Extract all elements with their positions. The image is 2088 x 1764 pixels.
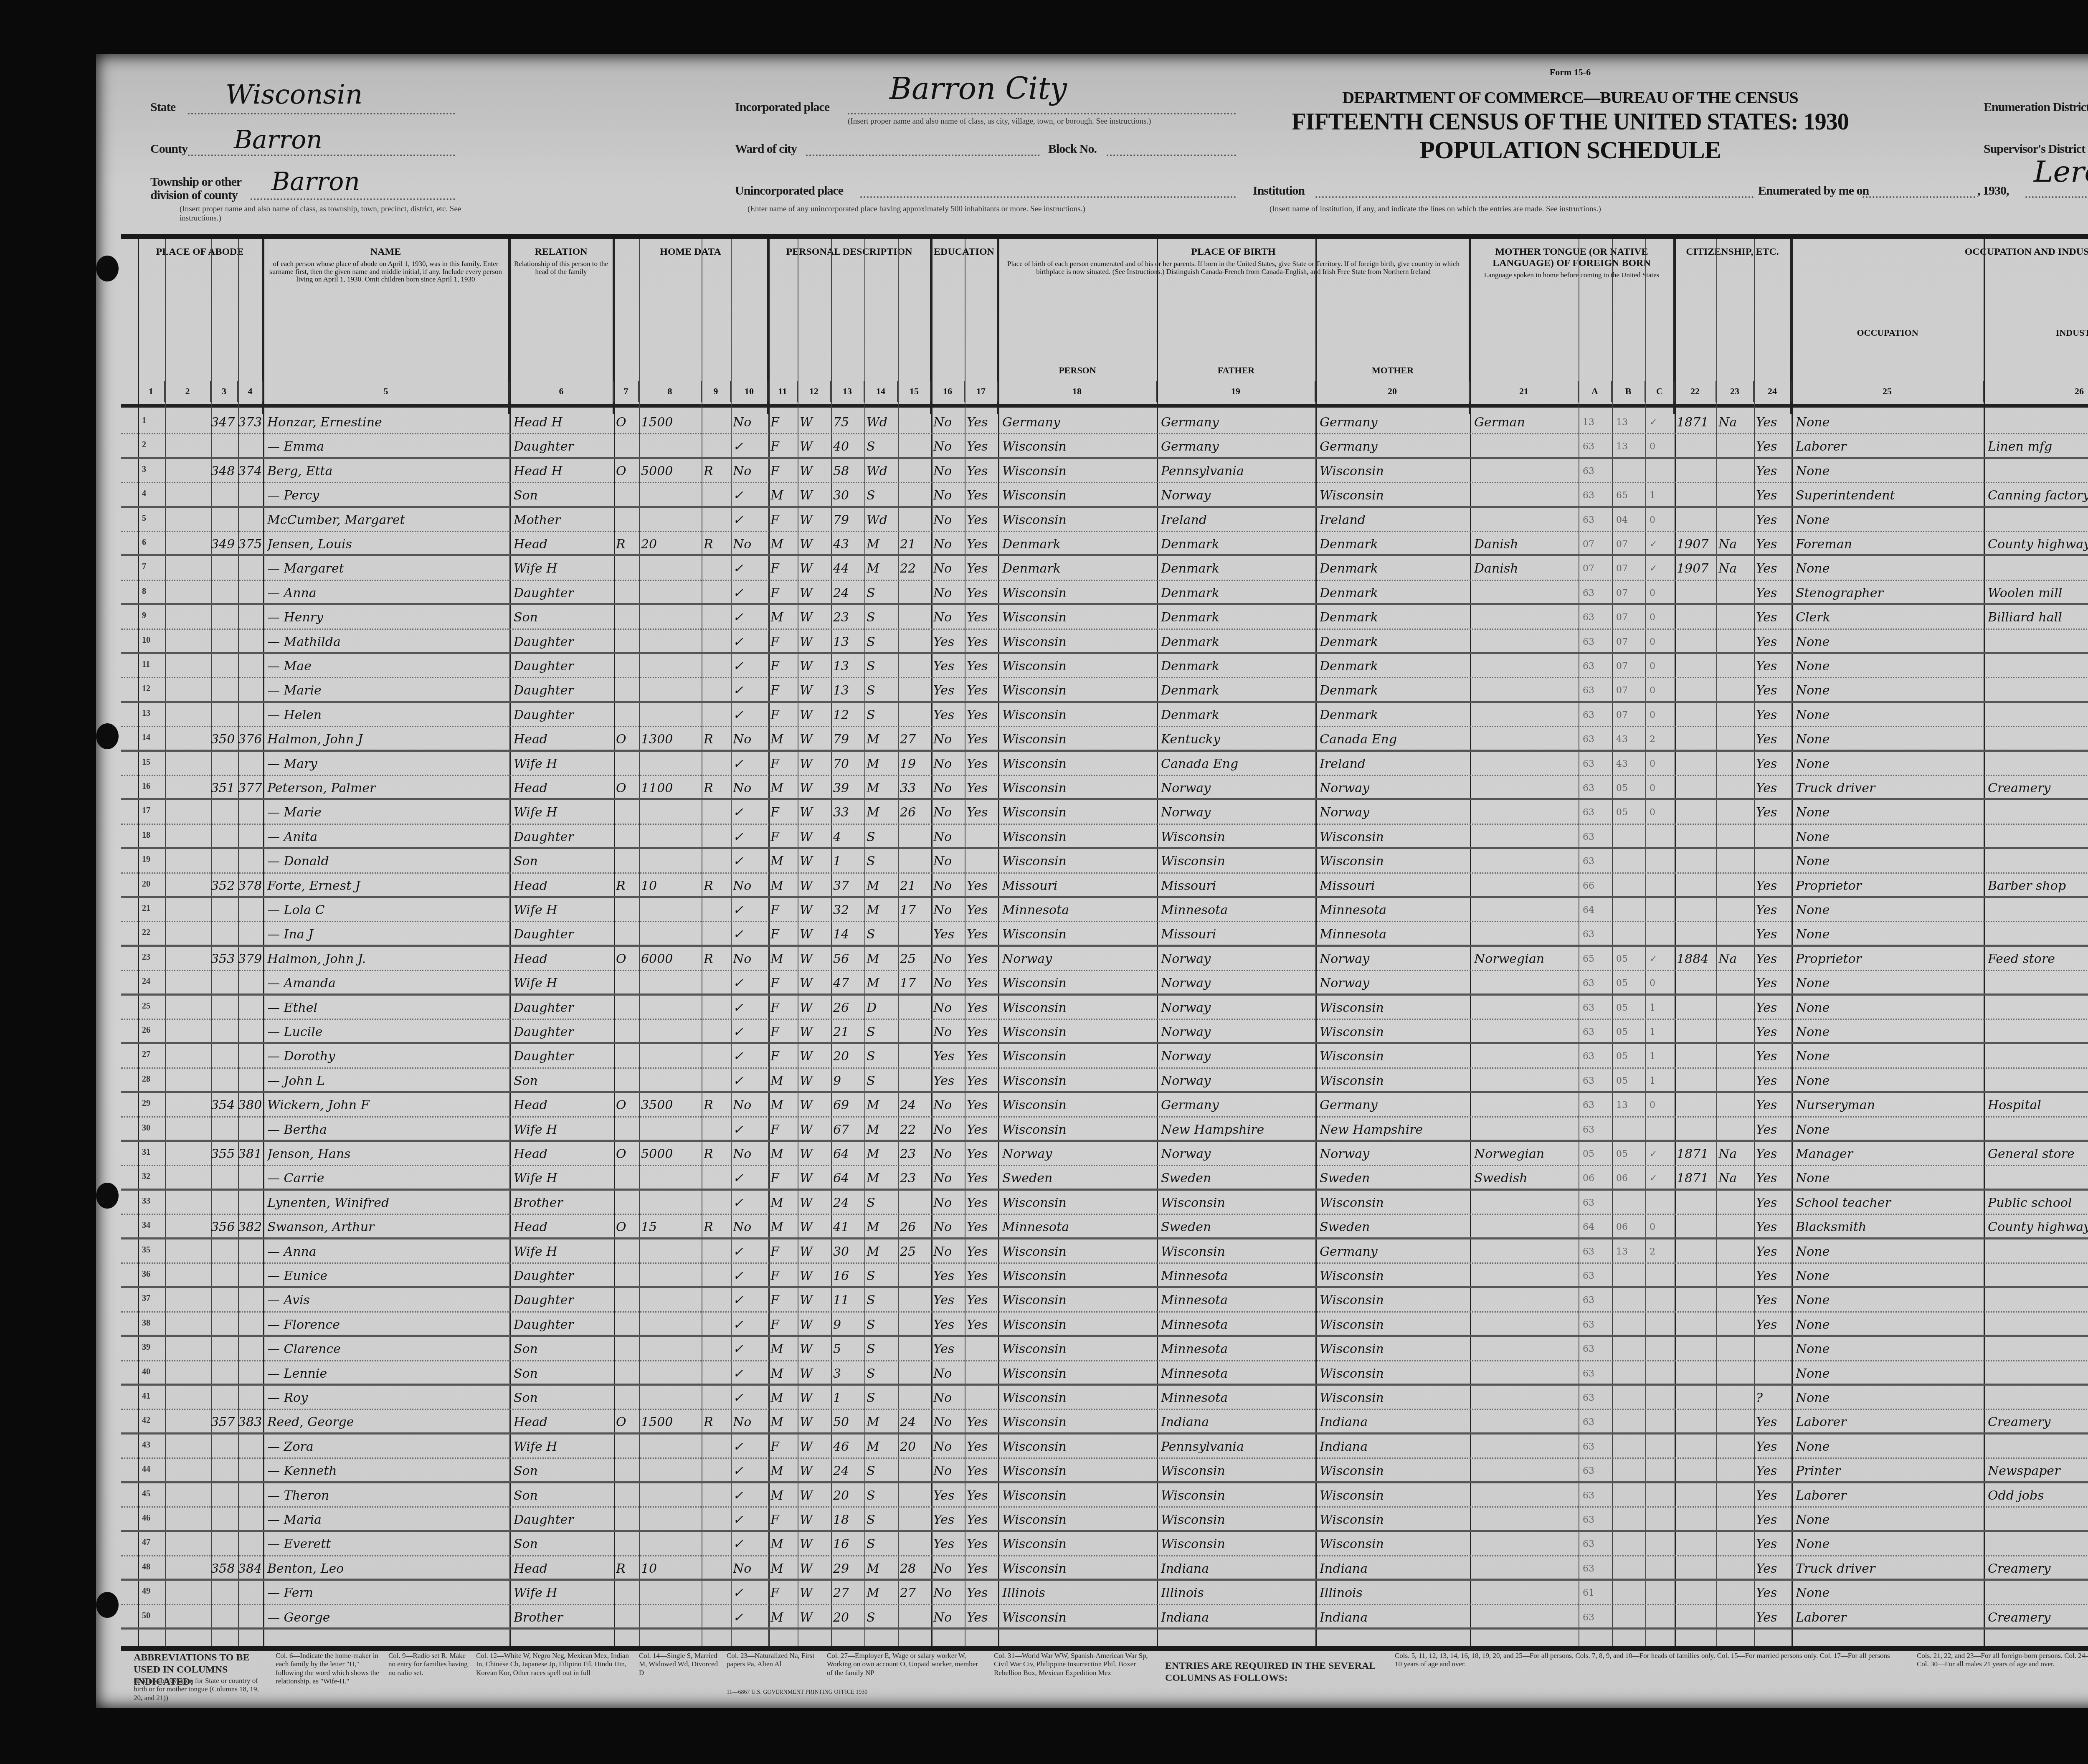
cell-dwelling xyxy=(211,925,238,945)
cell-dwelling xyxy=(211,998,238,1019)
cell-radio: R xyxy=(704,730,731,750)
cell-mother-birth: Germany xyxy=(1320,1242,1470,1263)
line-number: 43 xyxy=(142,1440,150,1450)
cell-occupation: Laborer xyxy=(1796,1608,1984,1629)
cell-birth: Wisconsin xyxy=(1002,583,1157,604)
unincorporated-note: (Enter name of any unincorporated place … xyxy=(748,205,1249,214)
cell-immig xyxy=(1677,1534,1716,1555)
cell-value xyxy=(641,1388,702,1409)
population-table: PLACE OF ABODE NAMEof each person whose … xyxy=(121,234,2088,1651)
cell-age-marr: 28 xyxy=(900,1559,931,1580)
line-number: 7 xyxy=(142,562,146,572)
cell-birth: Denmark xyxy=(1002,535,1157,555)
cell-tongue xyxy=(1474,608,1579,629)
cell-codeC: ✓ xyxy=(1650,413,1675,433)
cell-school: No xyxy=(933,827,965,848)
cell-farm: No xyxy=(733,730,768,750)
cell-name: — Eunice xyxy=(267,1266,509,1287)
table-row: 4141— RoySon✓MW1SNoWisconsinMinnesotaWis… xyxy=(121,1386,2088,1410)
cell-immig xyxy=(1677,1315,1716,1336)
cell-farm: ✓ xyxy=(733,1315,768,1336)
cell-radio xyxy=(704,656,731,677)
cell-codeB xyxy=(1616,1315,1645,1336)
cell-sex: M xyxy=(770,1217,798,1238)
cell-own xyxy=(616,1583,639,1604)
colnum-19: 19 xyxy=(1157,381,1315,402)
cell-age-marr: 27 xyxy=(900,1583,931,1604)
table-row: 11347373Honzar, ErnestineHead HO1500NoFW… xyxy=(121,410,2088,434)
cell-farm: ✓ xyxy=(733,852,768,872)
cell-father-birth: Norway xyxy=(1161,973,1315,994)
cell-family xyxy=(238,1388,263,1409)
cell-age-marr xyxy=(900,486,931,507)
cell-mother-birth: Wisconsin xyxy=(1320,827,1470,848)
cell-mother-birth: Indiana xyxy=(1320,1559,1470,1580)
cell-industry: Public school xyxy=(1988,1193,2088,1214)
cell-age: 67 xyxy=(833,1120,864,1141)
cell-tongue xyxy=(1474,803,1579,824)
cell-codeB xyxy=(1616,925,1645,945)
table-row: 44— PercySon✓MW30SNoYesWisconsinNorwayWi… xyxy=(121,483,2088,507)
cell-codeC: 0 xyxy=(1650,973,1675,994)
table-row: 4949— FernWife H✓FW27M27NoYesIllinoisIll… xyxy=(121,1581,2088,1605)
cell-codeB xyxy=(1616,876,1645,897)
cell-dwelling xyxy=(211,1510,238,1531)
cell-immig xyxy=(1677,998,1716,1019)
cell-age: 12 xyxy=(833,705,864,726)
cell-codeA: 63 xyxy=(1583,1022,1612,1043)
cell-age: 18 xyxy=(833,1510,864,1531)
cell-codeC: 1 xyxy=(1650,486,1675,507)
cell-natz xyxy=(1718,583,1754,604)
cell-occupation: None xyxy=(1796,1583,1984,1604)
cell-tongue xyxy=(1474,1047,1579,1067)
cell-own xyxy=(616,827,639,848)
cell-occupation: Laborer xyxy=(1796,1412,1984,1433)
line-number: 13 xyxy=(142,709,150,718)
cell-relation: Daughter xyxy=(514,632,614,653)
cell-natz xyxy=(1718,852,1754,872)
cell-marital: M xyxy=(867,1242,898,1263)
cell-marital: S xyxy=(867,1510,898,1531)
cell-codeC: 2 xyxy=(1650,1242,1675,1263)
ward-label: Ward of city xyxy=(735,142,797,156)
cell-name: — Ethel xyxy=(267,998,509,1019)
cell-relation: Wife H xyxy=(514,1242,614,1263)
cell-birth: Wisconsin xyxy=(1002,1120,1157,1141)
supervisor-district-label: Supervisor's District No. xyxy=(1984,142,2088,156)
cell-sex: F xyxy=(770,1266,798,1287)
cell-codeA: 63 xyxy=(1583,998,1612,1019)
cell-mother-birth: Illinois xyxy=(1320,1583,1470,1604)
cell-age: 24 xyxy=(833,1193,864,1214)
institution-line xyxy=(1315,196,1754,198)
cell-tongue xyxy=(1474,1339,1579,1360)
cell-age-marr: 21 xyxy=(900,876,931,897)
cell-codeB xyxy=(1616,900,1645,921)
cell-own: O xyxy=(616,730,639,750)
cell-birth: Wisconsin xyxy=(1002,778,1157,799)
cell-occupation: None xyxy=(1796,973,1984,994)
cell-name: — Roy xyxy=(267,1388,509,1409)
cell-sex: F xyxy=(770,1583,798,1604)
cell-mother-birth: Indiana xyxy=(1320,1608,1470,1629)
colnum-11: 11 xyxy=(768,381,798,402)
cell-relation: Brother xyxy=(514,1608,614,1629)
table-row: 1313— HelenDaughter✓FW12SYesYesWisconsin… xyxy=(121,703,2088,727)
cell-marital: M xyxy=(867,535,898,555)
cell-school: No xyxy=(933,1608,965,1629)
cell-farm: No xyxy=(733,1559,768,1580)
cell-school: Yes xyxy=(933,1315,965,1336)
unincorporated-line xyxy=(860,196,1236,198)
line-number: 33 xyxy=(142,1196,150,1206)
cell-codeB: 05 xyxy=(1616,949,1645,970)
cell-natz xyxy=(1718,803,1754,824)
cell-codeA: 63 xyxy=(1583,583,1612,604)
cell-read: Yes xyxy=(967,1095,998,1116)
cell-father-birth: Wisconsin xyxy=(1161,827,1315,848)
cell-dwelling xyxy=(211,1315,238,1336)
cell-race: W xyxy=(800,632,831,653)
cell-codeA: 07 xyxy=(1583,559,1612,580)
cell-birth: Wisconsin xyxy=(1002,925,1157,945)
cell-farm: ✓ xyxy=(733,1583,768,1604)
cell-marital: S xyxy=(867,827,898,848)
cell-english: Yes xyxy=(1756,656,1792,677)
cell-father-birth: Norway xyxy=(1161,1047,1315,1067)
line-number: 29 xyxy=(142,1099,150,1108)
cell-family xyxy=(238,1583,263,1604)
cell-marital: S xyxy=(867,656,898,677)
cell-age-marr xyxy=(900,925,931,945)
cell-dwelling: 347 xyxy=(211,413,238,433)
cell-school: No xyxy=(933,852,965,872)
line-number: 24 xyxy=(142,977,150,986)
cell-race: W xyxy=(800,1071,831,1092)
cell-codeA: 63 xyxy=(1583,754,1612,775)
cell-age-marr xyxy=(900,1461,931,1482)
cell-father-birth: Minnesota xyxy=(1161,1364,1315,1385)
cell-mother-birth: Norway xyxy=(1320,1144,1470,1165)
cell-farm: No xyxy=(733,461,768,482)
cell-occupation: School teacher xyxy=(1796,1193,1984,1214)
cell-own xyxy=(616,1120,639,1141)
cell-industry xyxy=(1988,413,2088,433)
cell-age: 56 xyxy=(833,949,864,970)
cell-value xyxy=(641,583,702,604)
cell-dwelling: 352 xyxy=(211,876,238,897)
cell-school: Yes xyxy=(933,1071,965,1092)
table-row: 3535— AnnaWife H✓FW30M25NoYesWisconsinWi… xyxy=(121,1239,2088,1264)
cell-name: — Theron xyxy=(267,1486,509,1507)
cell-read xyxy=(967,827,998,848)
cell-codeC: 0 xyxy=(1650,437,1675,458)
cell-race: W xyxy=(800,1412,831,1433)
cell-relation: Daughter xyxy=(514,681,614,702)
cell-radio xyxy=(704,583,731,604)
cell-sex: M xyxy=(770,1461,798,1482)
cell-occupation: None xyxy=(1796,1315,1984,1336)
line-number: 41 xyxy=(142,1391,150,1401)
cell-sex: M xyxy=(770,949,798,970)
cell-codeC xyxy=(1650,1193,1675,1214)
cell-value xyxy=(641,1534,702,1555)
cell-radio xyxy=(704,1486,731,1507)
cell-radio xyxy=(704,1510,731,1531)
cell-name: — Dorothy xyxy=(267,1047,509,1067)
cell-own xyxy=(616,1437,639,1458)
cell-family xyxy=(238,1120,263,1141)
cell-mother-birth: Germany xyxy=(1320,437,1470,458)
cell-family: 384 xyxy=(238,1559,263,1580)
cell-occupation: Stenographer xyxy=(1796,583,1984,604)
cell-name: — Marie xyxy=(267,803,509,824)
cell-name: Berg, Etta xyxy=(267,461,509,482)
cell-marital: Wd xyxy=(867,461,898,482)
cell-codeB xyxy=(1616,1486,1645,1507)
cell-tongue xyxy=(1474,461,1579,482)
cell-name: Wickern, John F xyxy=(267,1095,509,1116)
colnum-5: 5 xyxy=(263,381,509,402)
table-row: 33348374Berg, EttaHead HO5000RNoFW58WdNo… xyxy=(121,459,2088,483)
cell-occupation: Truck driver xyxy=(1796,1559,1984,1580)
cell-tongue xyxy=(1474,656,1579,677)
cell-english: Yes xyxy=(1756,413,1792,433)
cell-age-marr xyxy=(900,852,931,872)
colnum-B: B xyxy=(1612,381,1645,402)
cell-dwelling xyxy=(211,1534,238,1555)
cell-value xyxy=(641,1193,702,1214)
cell-birth: Denmark xyxy=(1002,559,1157,580)
cell-occupation: None xyxy=(1796,559,1984,580)
cell-mother-birth: Wisconsin xyxy=(1320,1388,1470,1409)
cell-farm: ✓ xyxy=(733,925,768,945)
cell-birth: Wisconsin xyxy=(1002,1559,1157,1580)
cell-birth: Norway xyxy=(1002,949,1157,970)
cell-industry xyxy=(1988,559,2088,580)
cell-read: Yes xyxy=(967,461,998,482)
colnum-14: 14 xyxy=(864,381,898,402)
cell-school: No xyxy=(933,876,965,897)
cell-name: Forte, Ernest J xyxy=(267,876,509,897)
cell-own xyxy=(616,1242,639,1263)
cell-radio: R xyxy=(704,1095,731,1116)
line-number: 8 xyxy=(142,587,146,596)
cell-relation: Mother xyxy=(514,510,614,531)
cell-own xyxy=(616,1047,639,1067)
cell-value xyxy=(641,1364,702,1385)
cell-school: No xyxy=(933,1583,965,1604)
cell-name: — Emma xyxy=(267,437,509,458)
cell-father-birth: Wisconsin xyxy=(1161,1510,1315,1531)
cell-farm: ✓ xyxy=(733,1461,768,1482)
cell-codeA: 63 xyxy=(1583,656,1612,677)
cell-industry xyxy=(1988,1583,2088,1604)
cell-own xyxy=(616,1486,639,1507)
cell-age-marr xyxy=(900,1071,931,1092)
cell-sex: M xyxy=(770,1339,798,1360)
cell-natz xyxy=(1718,1437,1754,1458)
cell-industry: County highway xyxy=(1988,1217,2088,1238)
cell-immig xyxy=(1677,900,1716,921)
cell-occupation: None xyxy=(1796,1071,1984,1092)
cell-occupation: None xyxy=(1796,925,1984,945)
cell-age-marr xyxy=(900,1339,931,1360)
cell-tongue: Swedish xyxy=(1474,1168,1579,1189)
cell-family: 376 xyxy=(238,730,263,750)
cell-race: W xyxy=(800,461,831,482)
cell-age-marr xyxy=(900,632,931,653)
cell-race: W xyxy=(800,852,831,872)
cell-occupation: None xyxy=(1796,852,1984,872)
cell-family xyxy=(238,852,263,872)
binder-hole xyxy=(96,723,119,749)
cell-occupation: Proprietor xyxy=(1796,876,1984,897)
cell-immig xyxy=(1677,1486,1716,1507)
cell-immig: 1907 xyxy=(1677,535,1716,555)
cell-father-birth: Minnesota xyxy=(1161,900,1315,921)
cell-farm: ✓ xyxy=(733,1047,768,1067)
cell-father-birth: Indiana xyxy=(1161,1412,1315,1433)
footer-instructions: ABBREVIATIONS TO BE USED IN COLUMNS INDI… xyxy=(121,1647,2088,1702)
cell-codeC xyxy=(1650,852,1675,872)
cell-industry xyxy=(1988,1364,2088,1385)
cell-father-birth: Wisconsin xyxy=(1161,1486,1315,1507)
cell-natz: Na xyxy=(1718,559,1754,580)
cell-age-marr xyxy=(900,1608,931,1629)
cell-dwelling xyxy=(211,486,238,507)
cell-natz xyxy=(1718,1534,1754,1555)
cell-tongue xyxy=(1474,1608,1579,1629)
cell-occupation: None xyxy=(1796,803,1984,824)
cell-sex: M xyxy=(770,730,798,750)
cell-mother-birth: Wisconsin xyxy=(1320,461,1470,482)
cell-birth: Norway xyxy=(1002,1144,1157,1165)
cell-tongue: German xyxy=(1474,413,1579,433)
cell-race: W xyxy=(800,1339,831,1360)
cell-age-marr: 24 xyxy=(900,1095,931,1116)
cell-age: 69 xyxy=(833,1095,864,1116)
cell-father-birth: Illinois xyxy=(1161,1583,1315,1604)
cell-own: R xyxy=(616,1559,639,1580)
cell-natz xyxy=(1718,437,1754,458)
cell-codeA: 63 xyxy=(1583,1534,1612,1555)
table-row: 4444— KennethSon✓MW24SNoYesWisconsinWisc… xyxy=(121,1459,2088,1483)
cell-read: Yes xyxy=(967,1242,998,1263)
cell-industry xyxy=(1988,803,2088,824)
enumerator-signature: Leroy A Goodrich xyxy=(2034,155,2088,189)
cell-codeC: 1 xyxy=(1650,1071,1675,1092)
cell-codeB: 05 xyxy=(1616,973,1645,994)
cell-codeC xyxy=(1650,1608,1675,1629)
cell-age: 27 xyxy=(833,1583,864,1604)
cell-relation: Son xyxy=(514,1388,614,1409)
county-value: Barron xyxy=(234,125,322,155)
cell-dwelling xyxy=(211,510,238,531)
cell-codeC xyxy=(1650,1120,1675,1141)
cell-read xyxy=(967,1339,998,1360)
cell-age: 14 xyxy=(833,925,864,945)
cell-relation: Son xyxy=(514,1364,614,1385)
cell-father-birth: Wisconsin xyxy=(1161,1242,1315,1263)
cell-dwelling: 349 xyxy=(211,535,238,555)
cell-read: Yes xyxy=(967,1412,998,1433)
table-row: 3333Lynenten, WinifredBrother✓MW24SNoYes… xyxy=(121,1191,2088,1215)
cell-name: Honzar, Ernestine xyxy=(267,413,509,433)
cell-occupation: Truck driver xyxy=(1796,778,1984,799)
cell-marital: S xyxy=(867,1486,898,1507)
cell-farm: ✓ xyxy=(733,1510,768,1531)
cell-birth: Wisconsin xyxy=(1002,827,1157,848)
cell-age: 40 xyxy=(833,437,864,458)
cell-school: No xyxy=(933,730,965,750)
cell-read: Yes xyxy=(967,1608,998,1629)
state-value: Wisconsin xyxy=(226,79,362,110)
line-number: 45 xyxy=(142,1489,150,1499)
cell-read: Yes xyxy=(967,656,998,677)
cell-sex: M xyxy=(770,1559,798,1580)
cell-natz: Na xyxy=(1718,1144,1754,1165)
census-sheet: Form 15-6 DEPARTMENT OF COMMERCE—BUREAU … xyxy=(96,54,2088,1708)
cell-radio xyxy=(704,486,731,507)
cell-age: 9 xyxy=(833,1071,864,1092)
line-number: 4 xyxy=(142,489,146,499)
cell-sex: F xyxy=(770,1510,798,1531)
cell-family xyxy=(238,510,263,531)
cell-tongue xyxy=(1474,1315,1579,1336)
cell-name: — Anna xyxy=(267,1242,509,1263)
cell-tongue: Norwegian xyxy=(1474,1144,1579,1165)
cell-tongue xyxy=(1474,1266,1579,1287)
table-row: 2727— DorothyDaughter✓FW20SYesYesWiscons… xyxy=(121,1044,2088,1068)
cell-mother-birth: Minnesota xyxy=(1320,925,1470,945)
cell-marital: Wd xyxy=(867,510,898,531)
cell-codeA: 63 xyxy=(1583,1608,1612,1629)
table-row: 3939— ClarenceSon✓MW5SYesWisconsinMinnes… xyxy=(121,1337,2088,1361)
cell-occupation: None xyxy=(1796,705,1984,726)
cell-industry xyxy=(1988,730,2088,750)
cell-age: 4 xyxy=(833,827,864,848)
cell-sex: F xyxy=(770,656,798,677)
cell-sex: F xyxy=(770,1022,798,1043)
cell-farm: ✓ xyxy=(733,1486,768,1507)
cell-sex: M xyxy=(770,1193,798,1214)
cell-school: No xyxy=(933,583,965,604)
cell-age-marr: 17 xyxy=(900,973,931,994)
cell-race: W xyxy=(800,949,831,970)
cell-codeC xyxy=(1650,1412,1675,1433)
cell-codeA: 63 xyxy=(1583,1339,1612,1360)
cell-family xyxy=(238,1168,263,1189)
cell-race: W xyxy=(800,803,831,824)
cell-mother-birth: Ireland xyxy=(1320,510,1470,531)
cell-codeB xyxy=(1616,1193,1645,1214)
cell-mother-birth: Denmark xyxy=(1320,559,1470,580)
colnum-23: 23 xyxy=(1716,381,1754,402)
cell-age: 29 xyxy=(833,1559,864,1580)
cell-race: W xyxy=(800,1266,831,1287)
cell-industry xyxy=(1988,973,2088,994)
cell-read: Yes xyxy=(967,1266,998,1287)
cell-sex: F xyxy=(770,705,798,726)
cell-value xyxy=(641,925,702,945)
cell-read: Yes xyxy=(967,1168,998,1189)
cell-codeC: 0 xyxy=(1650,1217,1675,1238)
block-label: Block No. xyxy=(1048,142,1097,156)
cell-family xyxy=(238,1242,263,1263)
table-row: 1414350376Halmon, John JHeadO1300RNoMW79… xyxy=(121,727,2088,751)
